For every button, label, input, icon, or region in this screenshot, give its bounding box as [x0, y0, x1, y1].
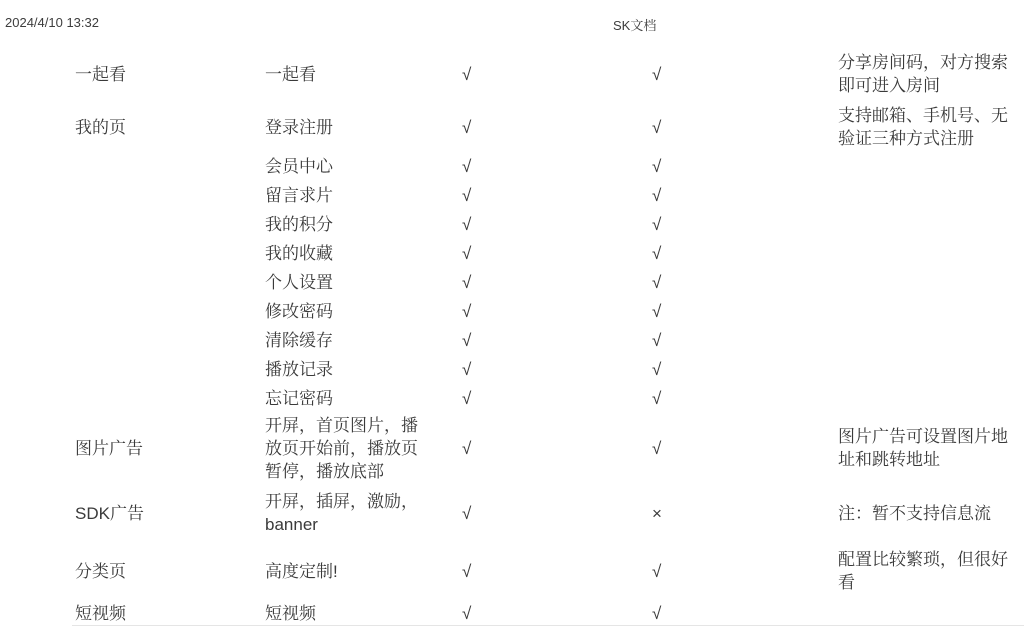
feature-cell: 高度定制!: [265, 560, 433, 583]
table-row: SDK广告 开屏，插屏，激励，banner √ × 注：暂不支持信息流: [75, 483, 1024, 543]
check-mark: √: [460, 437, 650, 460]
check-mark: √: [650, 437, 838, 460]
table-row: 清除缓存 √ √: [75, 326, 1024, 355]
check-mark: √: [650, 358, 838, 381]
check-mark: √: [460, 213, 650, 236]
check-mark: √: [650, 387, 838, 410]
feature-cell: 开屏，首页图片，播放页开始前，播放页暂停，播放底部: [265, 414, 433, 483]
check-mark: √: [460, 116, 650, 139]
table-row: 我的积分 √ √: [75, 210, 1024, 239]
bottom-divider: [72, 625, 1024, 626]
check-mark: √: [650, 155, 838, 178]
note-cell: 分享房间码，对方搜索即可进入房间: [838, 51, 1014, 97]
feature-cell: 我的积分: [265, 213, 433, 236]
table-row: 会员中心 √ √: [75, 152, 1024, 181]
feature-table: 一起看 一起看 √ √ 分享房间码，对方搜索即可进入房间 我的页 登录注册 √ …: [75, 46, 1024, 627]
feature-cell: 留言求片: [265, 184, 433, 207]
table-row: 个人设置 √ √: [75, 268, 1024, 297]
feature-cell: 修改密码: [265, 300, 433, 323]
check-mark: √: [460, 184, 650, 207]
category-cell: 我的页: [75, 116, 265, 139]
check-mark: √: [650, 184, 838, 207]
table-row: 播放记录 √ √: [75, 355, 1024, 384]
feature-cell: 清除缓存: [265, 329, 433, 352]
table-row: 一起看 一起看 √ √ 分享房间码，对方搜索即可进入房间: [75, 46, 1024, 102]
check-mark: √: [650, 213, 838, 236]
print-timestamp: 2024/4/10 13:32: [5, 15, 99, 30]
check-mark: √: [460, 602, 650, 625]
check-mark: √: [460, 155, 650, 178]
category-cell: 短视频: [75, 602, 265, 625]
check-mark: √: [650, 300, 838, 323]
note-cell: 注：暂不支持信息流: [838, 502, 1014, 525]
feature-cell: 开屏，插屏，激励，banner: [265, 490, 433, 536]
check-mark: √: [460, 300, 650, 323]
feature-cell: 会员中心: [265, 155, 433, 178]
check-mark: √: [650, 271, 838, 294]
category-cell: 图片广告: [75, 437, 265, 460]
check-mark: √: [460, 502, 650, 525]
note-cell: 配置比较繁琐，但很好看: [838, 548, 1014, 594]
document-page: { "page": { "timestamp": "2024/4/10 13:3…: [0, 0, 1024, 631]
check-mark: √: [460, 242, 650, 265]
category-cell: SDK广告: [75, 502, 265, 525]
feature-cell: 一起看: [265, 63, 433, 86]
table-row: 图片广告 开屏，首页图片，播放页开始前，播放页暂停，播放底部 √ √ 图片广告可…: [75, 413, 1024, 483]
table-row: 忘记密码 √ √: [75, 384, 1024, 413]
check-mark: √: [650, 560, 838, 583]
feature-cell: 播放记录: [265, 358, 433, 381]
check-mark: √: [460, 358, 650, 381]
check-mark: √: [650, 602, 838, 625]
check-mark: √: [650, 329, 838, 352]
check-mark: √: [650, 63, 838, 86]
table-row: 短视频 短视频 √ √: [75, 599, 1024, 627]
feature-cell: 短视频: [265, 602, 433, 625]
feature-cell: 登录注册: [265, 116, 433, 139]
table-row: 修改密码 √ √: [75, 297, 1024, 326]
check-mark: √: [650, 242, 838, 265]
check-mark: √: [460, 560, 650, 583]
note-cell: 支持邮箱、手机号、无验证三种方式注册: [838, 104, 1014, 150]
table-row: 我的收藏 √ √: [75, 239, 1024, 268]
check-mark: √: [460, 271, 650, 294]
check-mark: √: [460, 387, 650, 410]
category-cell: 分类页: [75, 560, 265, 583]
document-title: SK文档: [613, 15, 656, 34]
feature-cell: 个人设置: [265, 271, 433, 294]
check-mark: √: [650, 116, 838, 139]
note-cell: 图片广告可设置图片地址和跳转地址: [838, 425, 1014, 471]
cross-mark: ×: [650, 502, 838, 525]
check-mark: √: [460, 329, 650, 352]
feature-cell: 忘记密码: [265, 387, 433, 410]
check-mark: √: [460, 63, 650, 86]
category-cell: 一起看: [75, 63, 265, 86]
table-row: 分类页 高度定制! √ √ 配置比较繁琐，但很好看: [75, 543, 1024, 599]
table-row: 我的页 登录注册 √ √ 支持邮箱、手机号、无验证三种方式注册: [75, 102, 1024, 152]
feature-cell: 我的收藏: [265, 242, 433, 265]
table-row: 留言求片 √ √: [75, 181, 1024, 210]
